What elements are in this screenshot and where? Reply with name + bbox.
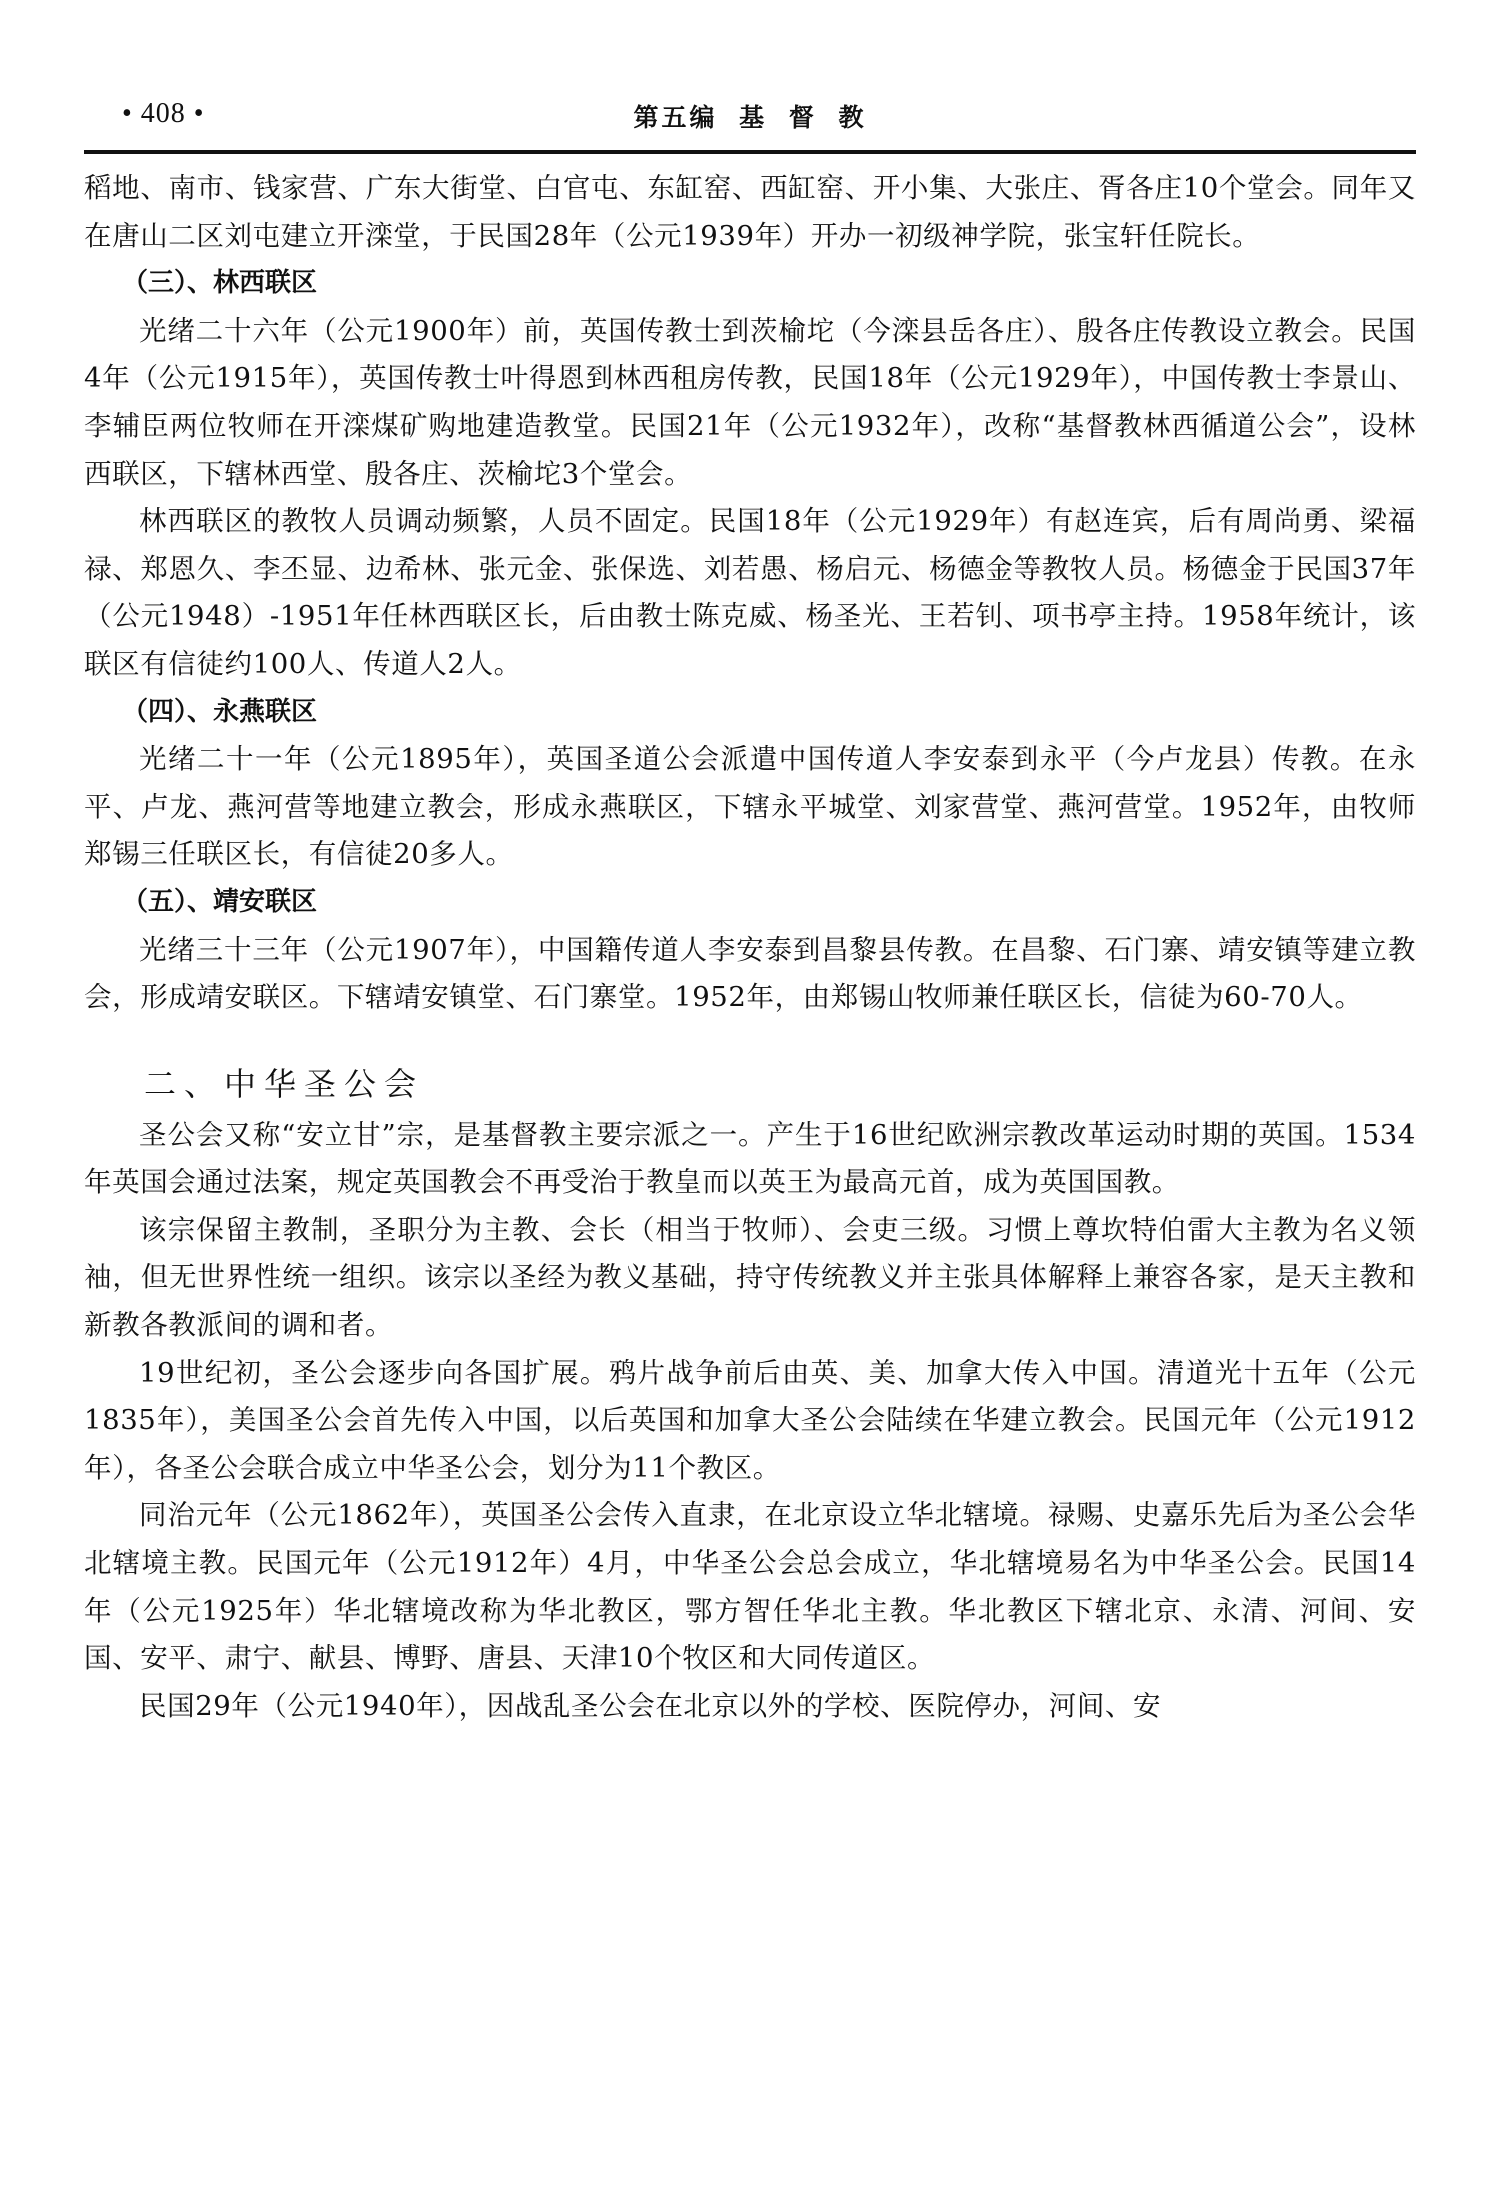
running-header: • 408 • 第五编 基 督 教 bbox=[84, 98, 1416, 138]
paragraph: 19世纪初，圣公会逐步向各国扩展。鸦片战争前后由英、美、加拿大传入中国。清道光十… bbox=[84, 1350, 1416, 1493]
subheading-linxi-district: （三）、林西联区 bbox=[84, 260, 1416, 308]
paragraph: 光绪三十三年（公元1907年），中国籍传道人李安泰到昌黎县传教。在昌黎、石门寨、… bbox=[84, 927, 1416, 1022]
paragraph: 该宗保留主教制，圣职分为主教、会长（相当于牧师）、会吏三级。习惯上尊坎特伯雷大主… bbox=[84, 1207, 1416, 1350]
paragraph-continued: 稻地、南市、钱家营、广东大街堂、白官屯、东缸窑、西缸窑、开小集、大张庄、胥各庄1… bbox=[84, 165, 1416, 260]
paragraph-continues: 民国29年（公元1940年），因战乱圣公会在北京以外的学校、医院停办，河间、安 bbox=[84, 1683, 1416, 1731]
chapter-title: 第五编 基 督 教 bbox=[84, 98, 1416, 134]
section-heading-anglican-church: 二、中华圣公会 bbox=[84, 1062, 1416, 1106]
subheading-yongyan-district: （四）、永燕联区 bbox=[84, 689, 1416, 737]
paragraph: 光绪二十六年（公元1900年）前，英国传教士到茨榆坨（今滦县岳各庄）、殷各庄传教… bbox=[84, 308, 1416, 498]
paragraph: 林西联区的教牧人员调动频繁，人员不固定。民国18年（公元1929年）有赵连宾，后… bbox=[84, 498, 1416, 688]
paragraph: 同治元年（公元1862年），英国圣公会传入直隶，在北京设立华北辖境。禄赐、史嘉乐… bbox=[84, 1492, 1416, 1682]
page-body: 稻地、南市、钱家营、广东大街堂、白官屯、东缸窑、西缸窑、开小集、大张庄、胥各庄1… bbox=[84, 165, 1416, 1730]
subheading-jingan-district: （五）、靖安联区 bbox=[84, 879, 1416, 927]
header-divider bbox=[84, 150, 1416, 154]
paragraph: 圣公会又称“安立甘”宗，是基督教主要宗派之一。产生于16世纪欧洲宗教改革运动时期… bbox=[84, 1112, 1416, 1207]
paragraph: 光绪二十一年（公元1895年），英国圣道公会派遣中国传道人李安泰到永平（今卢龙县… bbox=[84, 736, 1416, 879]
